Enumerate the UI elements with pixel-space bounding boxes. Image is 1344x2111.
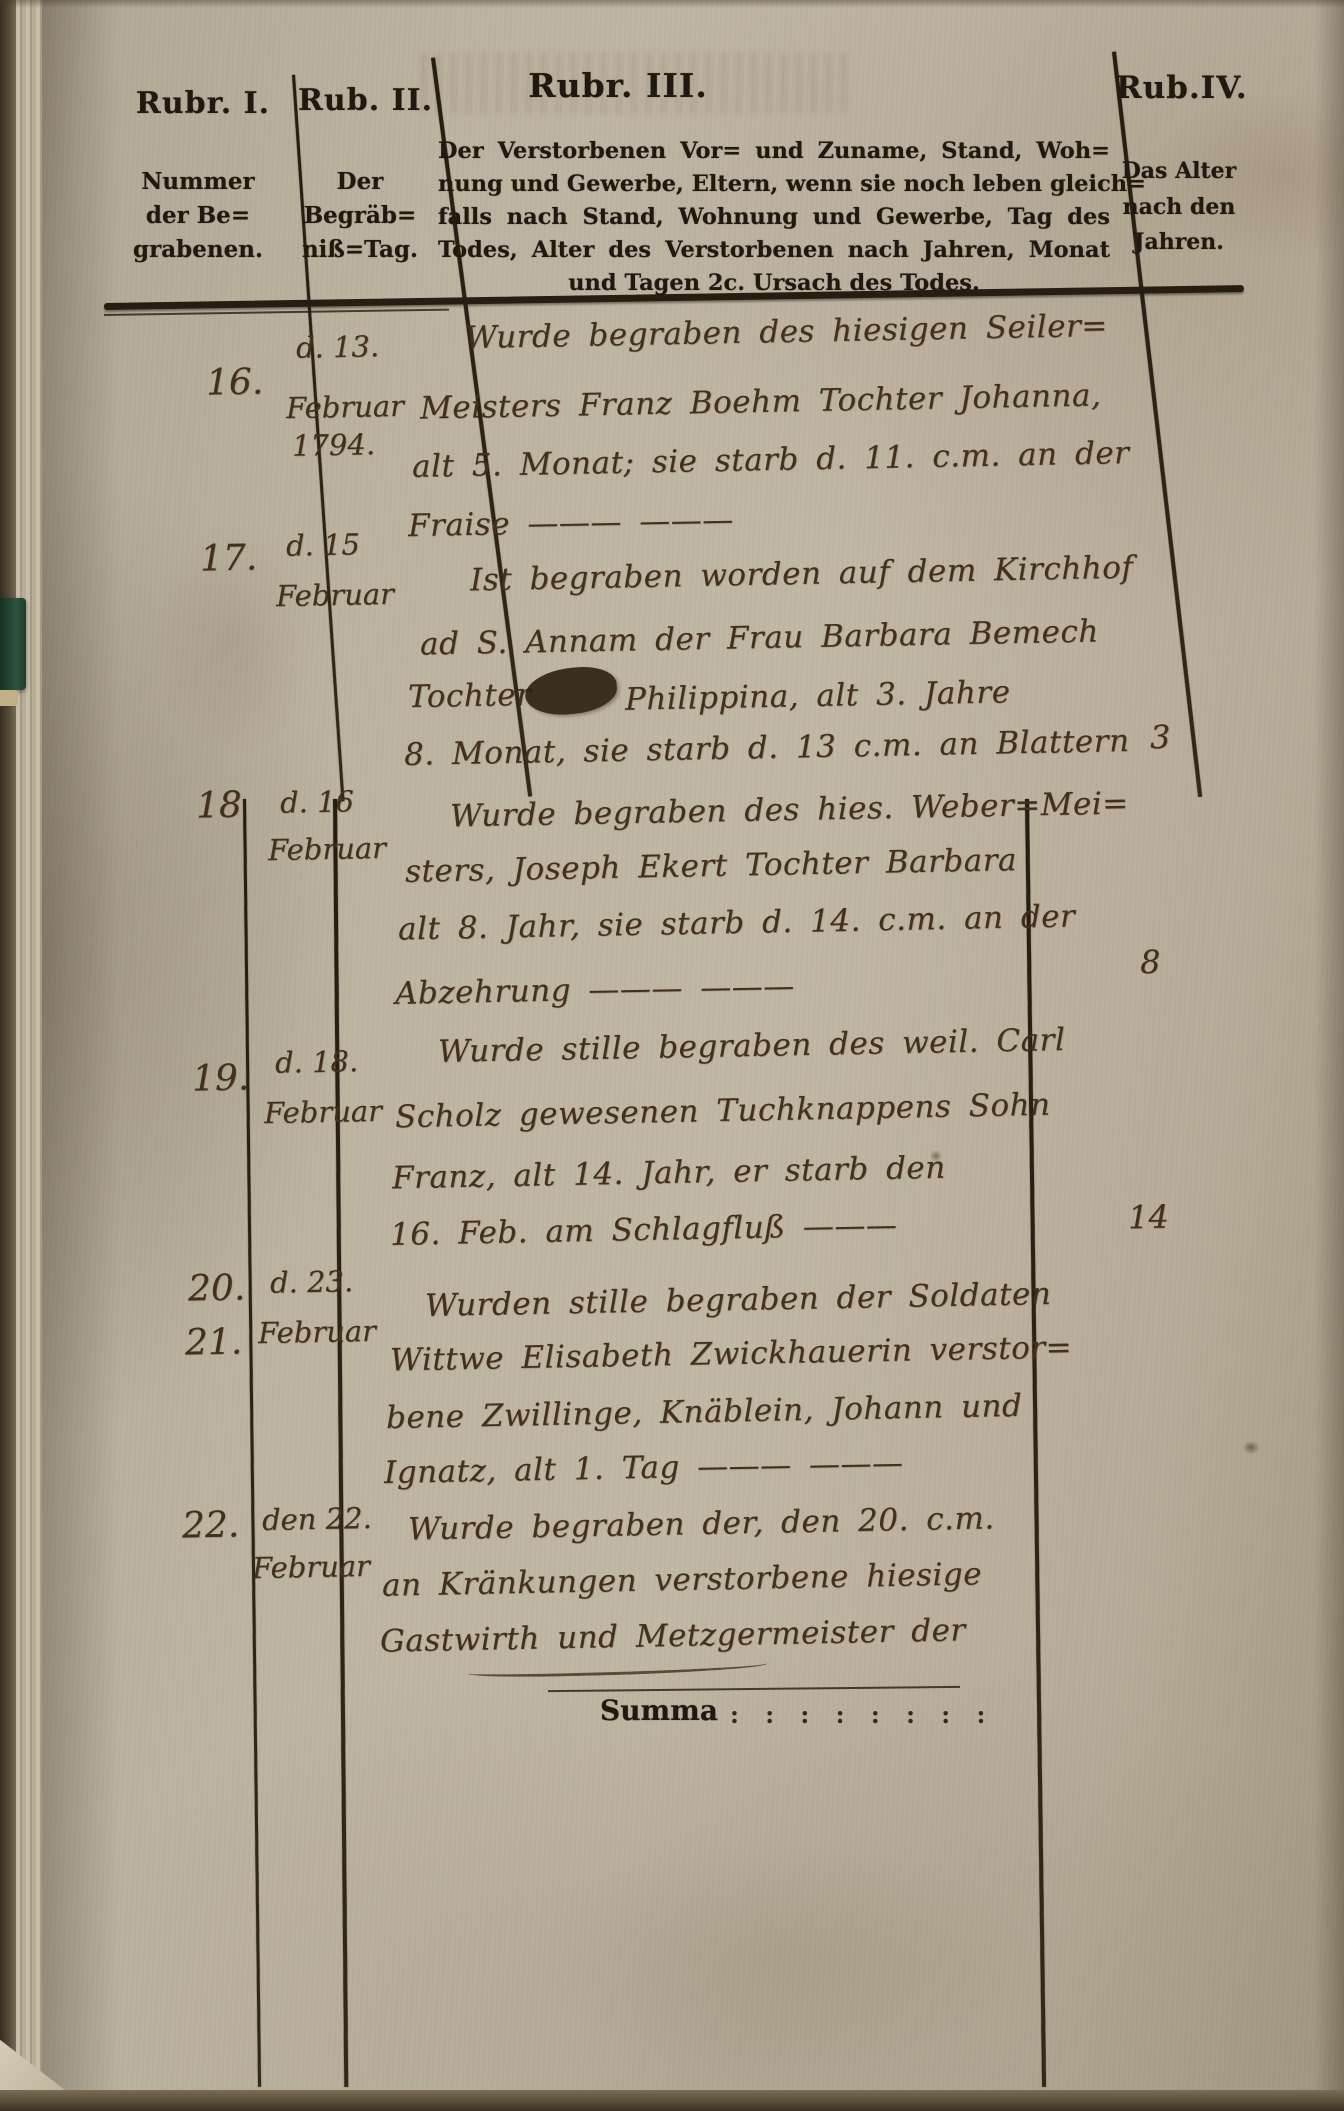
column-divider-3: [1025, 799, 1046, 2087]
rubric-3-line: nung und Gewerbe, Eltern, wenn sie noch …: [438, 171, 1110, 197]
right-page-edge: [1314, 0, 1344, 2111]
entry-text-line: Tochter: [408, 677, 532, 715]
rubric-3-line: und Tagen 2c. Ursach des Todes.: [438, 270, 1110, 296]
rubric-1-line: grabenen.: [112, 236, 284, 263]
register-page-scan: Rubr. I. Nummer der Be= grabenen. Rub. I…: [0, 0, 1344, 2111]
page-stack-edge: [16, 0, 42, 2111]
entry-text-line: 8. Monat, sie starb d. 13 c.m. an Blatte…: [404, 723, 1130, 773]
entry-text-line: Abzehrung ——— ———: [395, 968, 795, 1012]
age-in-years: 3: [1150, 718, 1171, 756]
column-divider-1: [243, 799, 261, 2087]
entry-burial-date: d. 15: [286, 527, 361, 562]
rubric-4-line: nach den: [1114, 194, 1244, 220]
entry-burial-date: Februar: [268, 831, 387, 867]
entry-number: 16.: [206, 361, 264, 403]
entry-text-line: Fraise ——— ———: [408, 502, 734, 544]
entry-text-line: Ignatz, alt 1. Tag ——— ———: [384, 1445, 904, 1491]
entry-text-line: Philippina, alt 3. Jahre: [625, 674, 1011, 717]
entry-text-line: Wurde begraben des hiesigen Seiler=: [465, 308, 1108, 356]
entry-text-line: Ist begraben worden auf dem Kirchhof: [470, 550, 1134, 599]
entry-text-line: alt 5. Monat; sie starb d. 11. c.m. an d…: [412, 435, 1130, 485]
entry-text-line: 16. Feb. am Schlagfluß ———: [390, 1207, 898, 1253]
rubric-3-line: falls nach Stand, Wohnung und Gewerbe, T…: [438, 204, 1110, 230]
entry-text-line: an Kränkungen verstorbene hiesige: [382, 1556, 983, 1604]
rubric-2-line: niß=Tag.: [296, 236, 424, 263]
entry-burial-date: 1794.: [292, 427, 376, 463]
ink-blot: [523, 663, 619, 718]
rubric-3-line: Der Verstorbenen Vor= und Zuname, Stand,…: [438, 138, 1110, 164]
entry-burial-date: Februar: [286, 389, 405, 425]
entry-text-line: Gastwirth und Metzgermeister der: [380, 1612, 966, 1659]
age-in-years: 14: [1128, 1198, 1169, 1237]
rubric-4-line: Das Alter: [1114, 158, 1244, 184]
rubric-4-title: Rub.IV.: [1116, 70, 1276, 106]
rubric-3-title: Rubr. III.: [498, 66, 738, 105]
entry-text-line: Wurden stille begraben der Soldaten: [425, 1276, 1052, 1324]
entry-burial-date: Februar: [264, 1094, 383, 1130]
entry-burial-date: d. 18.: [275, 1044, 359, 1080]
entry-text-line: Wurde stille begraben des weil. Carl: [438, 1022, 1066, 1070]
gutter-shadow: [42, 0, 120, 2111]
book-binding-edge: [0, 0, 16, 2111]
entry-burial-date: Februar: [252, 1549, 371, 1585]
entry-burial-date: Februar: [276, 577, 395, 613]
age-in-years: 8: [1140, 943, 1161, 981]
summa-label: Summa: [600, 1694, 718, 1727]
rubric-1-line: Nummer: [112, 168, 284, 195]
ink-speck: [1243, 1441, 1259, 1454]
entry-text-line: sters, Joseph Ekert Tochter Barbara: [405, 842, 1018, 890]
entry-number: 20.: [188, 1267, 246, 1309]
rubric-2-title: Rub. II.: [298, 83, 426, 118]
summa-rule: [548, 1686, 960, 1692]
rubric-1-line: der Be=: [112, 202, 284, 229]
entry-text-line: bene Zwillinge, Knäblein, Johann und: [386, 1388, 1023, 1436]
bookmark-sliver: [0, 690, 18, 706]
header-rule-double: [104, 309, 449, 316]
rubric-4-line: Jahren.: [1114, 229, 1244, 255]
rubric-3-line: Todes, Alter des Verstorbenen nach Jahre…: [438, 237, 1110, 263]
entry-text-line: Franz, alt 14. Jahr, er starb den: [392, 1150, 946, 1197]
entry-text-line: ad S. Annam der Frau Barbara Bemech: [420, 613, 1099, 662]
entry-number: 18: [196, 785, 243, 827]
rubric-2-line: Begräb=: [296, 202, 424, 229]
entry-burial-date: den 22.: [262, 1501, 372, 1537]
entry-burial-date: d. 16: [280, 784, 355, 819]
entry-text-line: Scholz gewesenen Tuchknappens Sohn: [395, 1087, 1051, 1136]
rubric-1-title: Rubr. I.: [118, 86, 288, 121]
entry-number: 17.: [200, 537, 258, 579]
bottom-edge-shadow: [0, 2090, 1344, 2111]
entry-number: 21.: [185, 1321, 243, 1363]
top-edge-shadow: [0, 0, 1344, 8]
paper-stain: [520, 1840, 1040, 2070]
entry-text-line: Wurde begraben der, den 20. c.m.: [408, 1500, 995, 1547]
entry-burial-date: d. 23.: [270, 1264, 354, 1300]
entry-text-line: Meisters Franz Boehm Tochter Johanna,: [420, 377, 1102, 426]
entry-text-line: alt 8. Jahr, sie starb d. 14. c.m. an de…: [398, 899, 1076, 948]
summa-dots: : : : : : : : :: [730, 1700, 994, 1729]
entry-number: 19.: [192, 1057, 250, 1099]
entry-text-line: Wittwe Elisabeth Zwickhauerin verstor=: [390, 1329, 1073, 1378]
green-bookmark: [0, 598, 26, 690]
entry-number: 22.: [182, 1504, 240, 1546]
entry-burial-date: Februar: [258, 1314, 377, 1350]
column-divider-2: [333, 799, 348, 2087]
rubric-2-line: Der: [296, 168, 424, 195]
entry-burial-date: d. 13.: [296, 329, 380, 365]
pen-flourish: [468, 1658, 768, 1679]
